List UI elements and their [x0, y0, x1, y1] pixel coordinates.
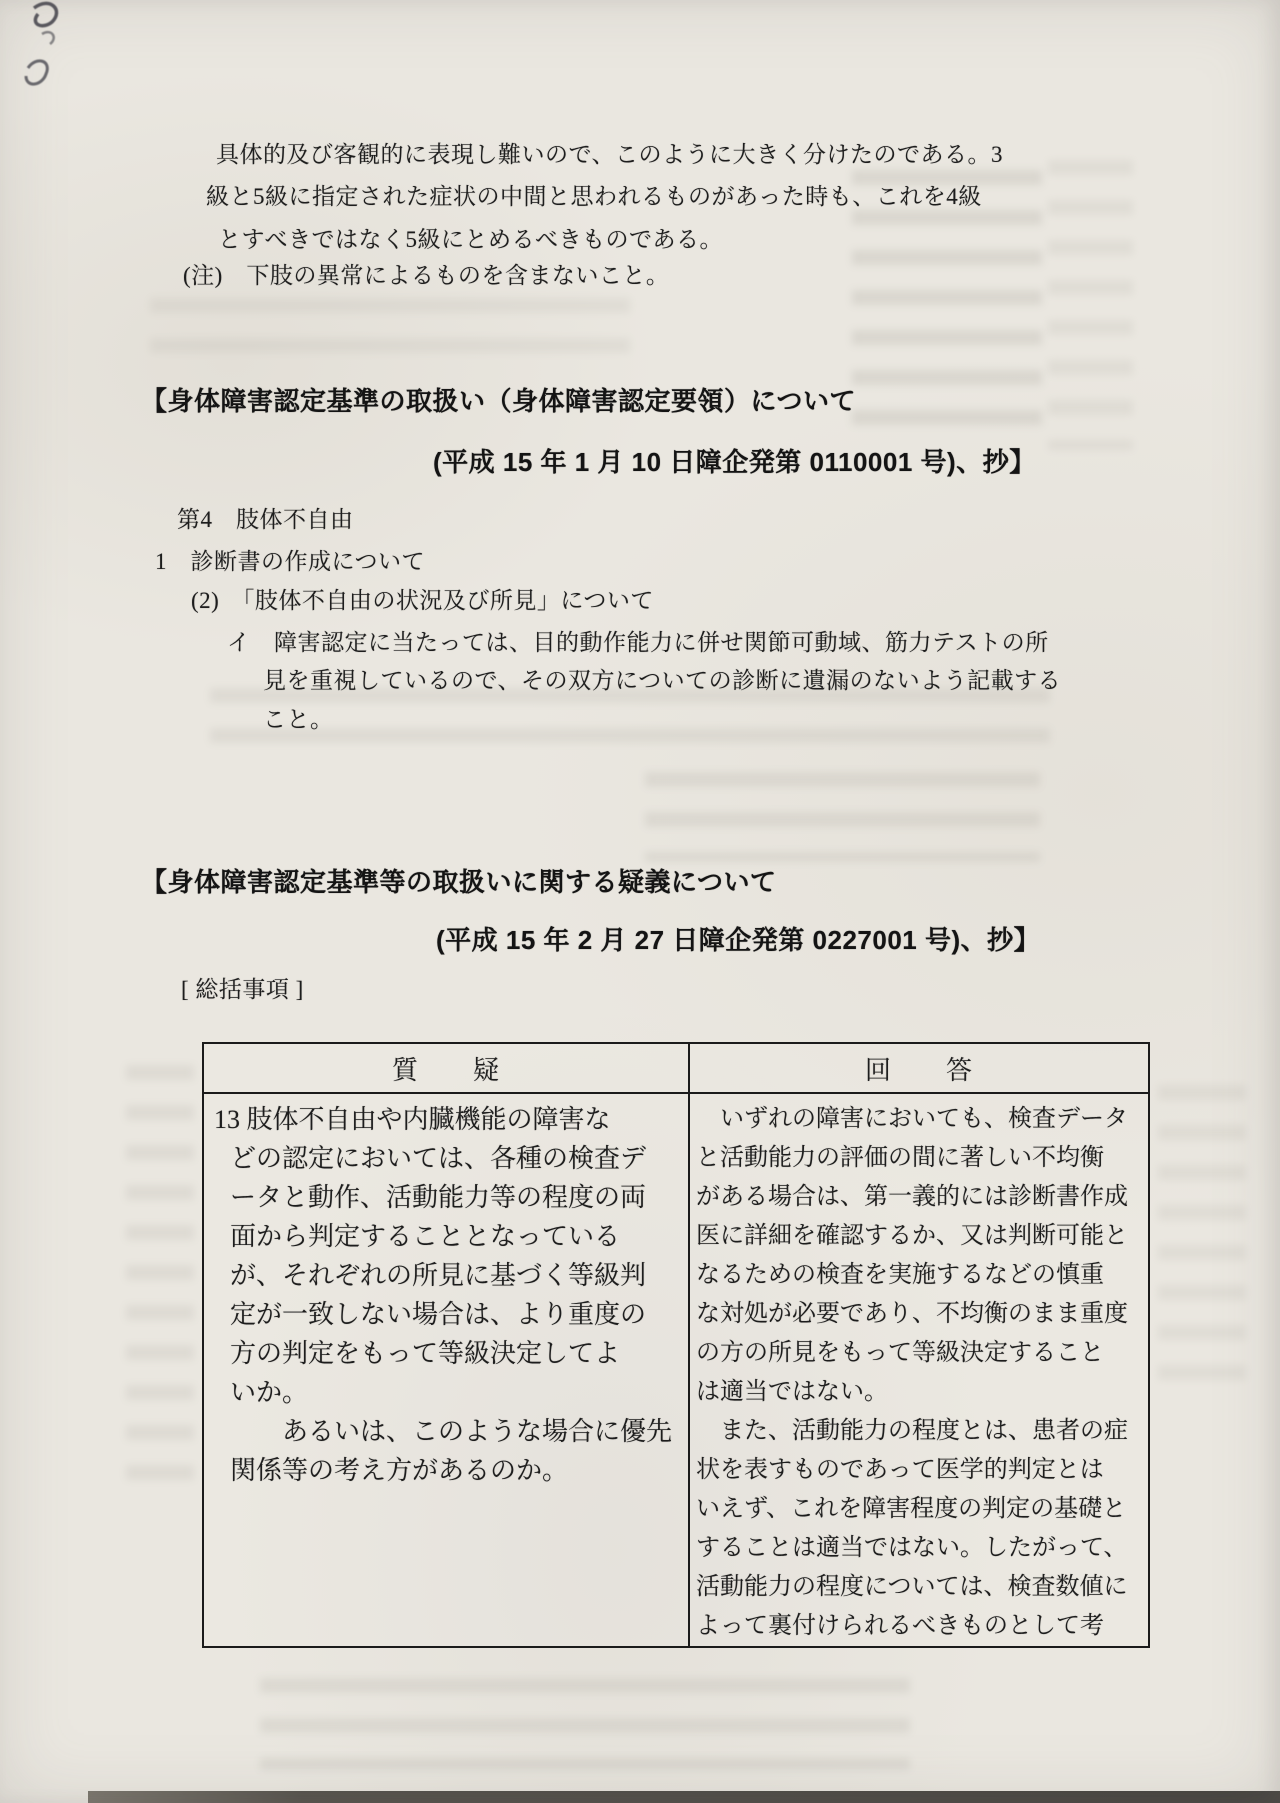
bleed-through-smudge	[126, 1065, 194, 1495]
section1-sub2: (2) 「肢体不自由の状況及び所見」について	[191, 582, 654, 615]
answer-line: いずれの障害においても、検査データ	[696, 1100, 1146, 1139]
section1-detail-line: 見を重視しているので、その双方についての診断に遺漏のないよう記載する	[263, 662, 1061, 695]
answer-line: なるための検査を実施するなどの慎重	[696, 1256, 1146, 1295]
intro-line: 具体的及び客観的に表現し難いので、このように大きく分けたのである。3	[216, 136, 1003, 169]
section1-detail-line: イ 障害認定に当たっては、目的動作能力に併せ関節可動域、筋力テストの所	[227, 624, 1049, 657]
answer-line: と活動能力の評価の間に著しい不均衡	[696, 1139, 1146, 1178]
qa-table-header-row: 質 疑 回 答	[204, 1044, 1148, 1094]
answer-line: 医に詳細を確認するか、又は判断可能と	[696, 1217, 1146, 1256]
section1-heading: 【身体障害認定基準の取扱い（身体障害認定要領）について	[141, 381, 856, 418]
bleed-through-smudge	[1158, 1085, 1246, 1405]
section2-category: [ 総括事項 ]	[181, 971, 304, 1004]
section1-heading-ref: (平成 15 年 1 月 10 日障企発第 0110001 号)、抄】	[433, 442, 1036, 479]
question-line: 定が一致しない場合は、より重度の	[230, 1295, 682, 1334]
answer-line: いえず、これを障害程度の判定の基礎と	[696, 1490, 1146, 1529]
question-line: 13 肢体不自由や内臓機能の障害な	[230, 1100, 682, 1139]
section2-heading: 【身体障害認定基準等の取扱いに関する疑義について	[141, 862, 776, 899]
section1-sub1: 1 診断書の作成について	[155, 543, 425, 576]
answer-line: がある場合は、第一義的には診断書作成	[696, 1178, 1146, 1217]
intro-line: とすべきではなく5級にとめるべきものである。	[218, 221, 723, 254]
section2-heading-ref: (平成 15 年 2 月 27 日障企発第 0227001 号)、抄】	[436, 920, 1040, 957]
qa-table-body-row: 13 肢体不自由や内臓機能の障害な どの認定においては、各種の検査デ ータと動作…	[204, 1094, 1148, 1646]
answer-line: また、活動能力の程度とは、患者の症	[696, 1412, 1146, 1451]
answer-line: の方の所見をもって等級決定すること	[696, 1334, 1146, 1373]
question-line: 方の判定をもって等級決定してよ	[230, 1334, 682, 1373]
note-line: (注) 下肢の異常によるものを含まないこと。	[183, 257, 669, 290]
scan-edge-artifact	[88, 1791, 1280, 1803]
question-line: 関係等の考え方があるのか。	[230, 1451, 682, 1490]
section1-item: 第4 肢体不自由	[177, 501, 354, 534]
bleed-through-smudge	[260, 1678, 910, 1770]
qa-header-question: 質 疑	[204, 1044, 690, 1092]
question-line: 面から判定することとなっている	[230, 1217, 682, 1256]
intro-line: 級と5級に指定された症状の中間と思われるものがあった時も、これを4級	[206, 178, 982, 211]
answer-line: することは適当ではない。したがって、	[696, 1529, 1146, 1568]
question-line: どの認定においては、各種の検査デ	[230, 1139, 682, 1178]
answer-line: よって裏付けられるべきものとして考	[696, 1607, 1146, 1646]
qa-table: 質 疑 回 答 13 肢体不自由や内臓機能の障害な どの認定においては、各種の検…	[202, 1042, 1150, 1648]
question-line: いか。	[230, 1373, 682, 1412]
answer-line: 活動能力の程度については、検査数値に	[696, 1568, 1146, 1607]
question-line: ータと動作、活動能力等の程度の両	[230, 1178, 682, 1217]
question-line: あるいは、このような場合に優先	[230, 1412, 682, 1451]
question-line: が、それぞれの所見に基づく等級判	[230, 1256, 682, 1295]
bleed-through-smudge	[210, 688, 1050, 766]
bleed-through-smudge	[1048, 160, 1133, 450]
answer-line: は適当ではない。	[696, 1373, 1146, 1412]
section1-detail-line: こと。	[263, 701, 334, 734]
ink-scribble-mark	[12, 0, 92, 115]
bleed-through-smudge	[150, 298, 630, 362]
answer-line: な対処が必要であり、不均衡のまま重度	[696, 1295, 1146, 1334]
qa-header-answer: 回 答	[690, 1044, 1148, 1092]
answer-cell: いずれの障害においても、検査データ と活動能力の評価の間に著しい不均衡 がある場…	[690, 1094, 1148, 1646]
answer-line: 状を表すものであって医学的判定とは	[696, 1451, 1146, 1490]
question-cell: 13 肢体不自由や内臓機能の障害な どの認定においては、各種の検査デ ータと動作…	[204, 1094, 690, 1646]
bleed-through-smudge	[645, 772, 1040, 862]
scanned-document-page: 具体的及び客観的に表現し難いので、このように大きく分けたのである。3 級と5級に…	[0, 0, 1280, 1803]
